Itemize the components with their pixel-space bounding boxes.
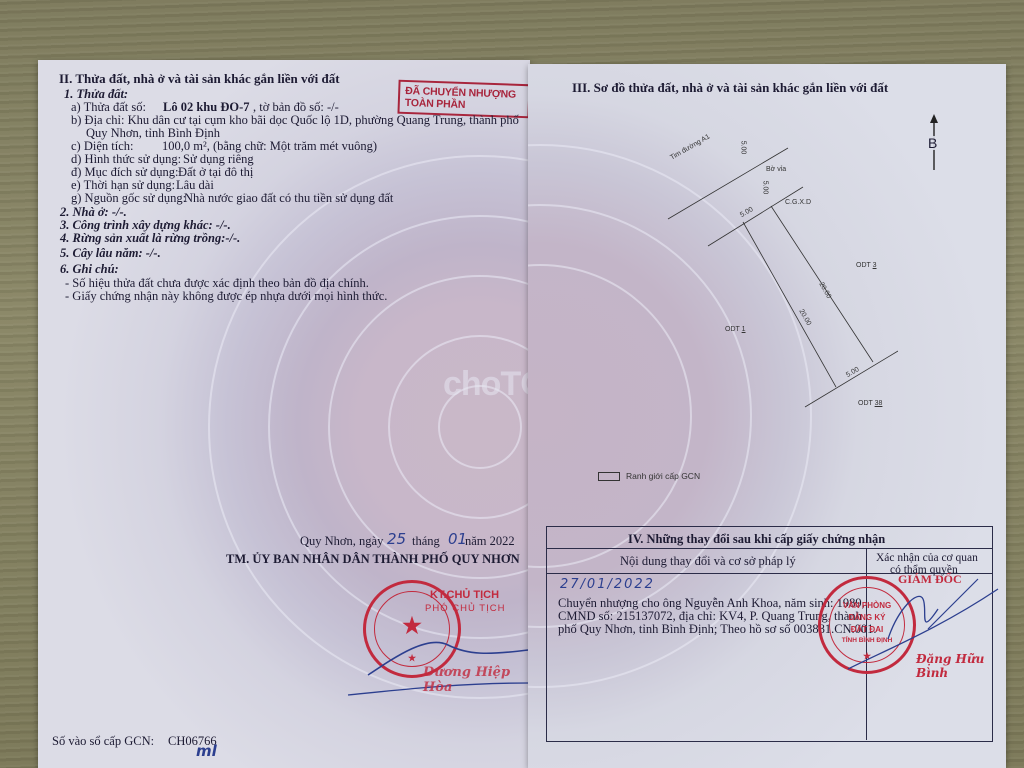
legend-label: Ranh giới cấp GCN — [626, 471, 700, 481]
dimension-label: 5.00 — [761, 181, 768, 195]
north-label: B — [928, 136, 937, 150]
usage-purpose-label: đ) Mục đích sử dụng: — [71, 165, 178, 179]
changes-col1-header: Nội dung thay đổi và cơ sở pháp lý — [620, 554, 796, 568]
other-construction-item: 3. Công trình xây dựng khác: -/-. — [60, 218, 231, 232]
usage-purpose-value: Đất ở tại đô thị — [178, 165, 253, 179]
curb-label: Bờ vỉa — [766, 166, 786, 173]
usage-form-label: d) Hình thức sử dụng: — [71, 152, 181, 166]
note-item: - Số hiệu thửa đất chưa được xác định th… — [65, 276, 369, 290]
notes-heading: 6. Ghi chú: — [60, 262, 119, 276]
forest-item: 4. Rừng sản xuất là rừng trồng:-/-. — [60, 231, 240, 245]
changes-col2-header-1: Xác nhận của cơ quan — [876, 552, 978, 564]
watermark-logo: choTỐT — [443, 365, 530, 404]
address-line-1: b) Địa chỉ: Khu dân cư tại cụm kho bãi d… — [71, 113, 519, 127]
address-line-2: Quy Nhơn, tỉnh Bình Định — [86, 126, 220, 140]
land-heading: 1. Thửa đất: — [64, 87, 128, 101]
section-title: III. Sơ đồ thửa đất, nhà ở và tài sản kh… — [572, 81, 888, 95]
signer-title-2: PHÓ CHỦ TỊCH — [425, 602, 505, 616]
date-month-label: tháng — [412, 534, 440, 548]
house-item: 2. Nhà ở: -/-. — [60, 205, 127, 219]
change-entry-line: CMND số: 215137072, địa chỉ: KV4, P. Qua… — [558, 609, 862, 623]
parcel-number-label: a) Thửa đất số: — [71, 100, 146, 114]
registry-initials: ml — [196, 742, 217, 760]
usage-term-value: Lâu dài — [176, 178, 214, 192]
drum-pattern-ring — [388, 335, 530, 519]
neighbor-parcel-odt: ODT 1 — [725, 326, 746, 333]
parcel-diagram — [658, 134, 898, 414]
date-year: năm 2022 — [465, 534, 515, 548]
area-value: 100,0 m², (bằng chữ: Một trăm mét vuông) — [162, 139, 377, 153]
usage-origin-label: g) Nguồn gốc sử dụng: — [71, 191, 186, 205]
area-label: c) Diện tích: — [71, 139, 133, 153]
dimension-label: 5.00 — [739, 141, 746, 155]
parcel-number-value: Lô 02 khu ĐO-7 — [163, 100, 249, 114]
registry-label: Số vào sổ cấp GCN: — [52, 734, 154, 748]
neighbor-parcel-odt: ODT 38 — [858, 400, 882, 407]
build-line-label: C.G.X.D — [785, 199, 811, 206]
confirm-signer-name: Đặng Hữu Bình — [916, 652, 1006, 680]
map-sheet-number: , tờ bản đồ số: -/- — [253, 100, 339, 114]
note-item: - Giấy chứng nhận này không được ép nhựa… — [65, 289, 387, 303]
date-prefix: Quy Nhơn, ngày — [300, 534, 383, 548]
date-day[interactable]: 25 — [387, 530, 406, 548]
usage-term-label: e) Thời hạn sử dụng: — [71, 178, 175, 192]
changes-title: IV. Những thay đổi sau khi cấp giấy chứn… — [628, 532, 885, 546]
signer-name: Dương Hiệp Hòa — [423, 665, 530, 695]
change-entry-line: Chuyển nhượng cho ông Nguyễn Anh Khoa, n… — [558, 596, 865, 610]
neighbor-parcel-odt: ODT 3 — [856, 262, 877, 269]
signer-title-1: KT.CHỦ TỊCH — [430, 588, 499, 602]
certificate-right-page: III. Sơ đồ thửa đất, nhà ở và tài sản kh… — [528, 64, 1006, 768]
usage-origin-value: Nhà nước giao đất có thu tiền sử dụng đấ… — [184, 191, 393, 205]
legend-boundary-icon — [598, 472, 620, 481]
certificate-left-page: choTỐT II. Thửa đất, nhà ở và tài sản kh… — [38, 60, 530, 768]
handwritten-change-date: 27/01/2022 — [560, 577, 655, 592]
usage-form-value: Sử dụng riêng — [183, 152, 254, 166]
issuing-authority: TM. ỦY BAN NHÂN DÂN THÀNH PHỐ QUY NHƠN — [226, 552, 520, 566]
perennial-item: 5. Cây lâu năm: -/-. — [60, 246, 161, 260]
section-title: II. Thửa đất, nhà ở và tài sản khác gắn … — [59, 72, 340, 86]
